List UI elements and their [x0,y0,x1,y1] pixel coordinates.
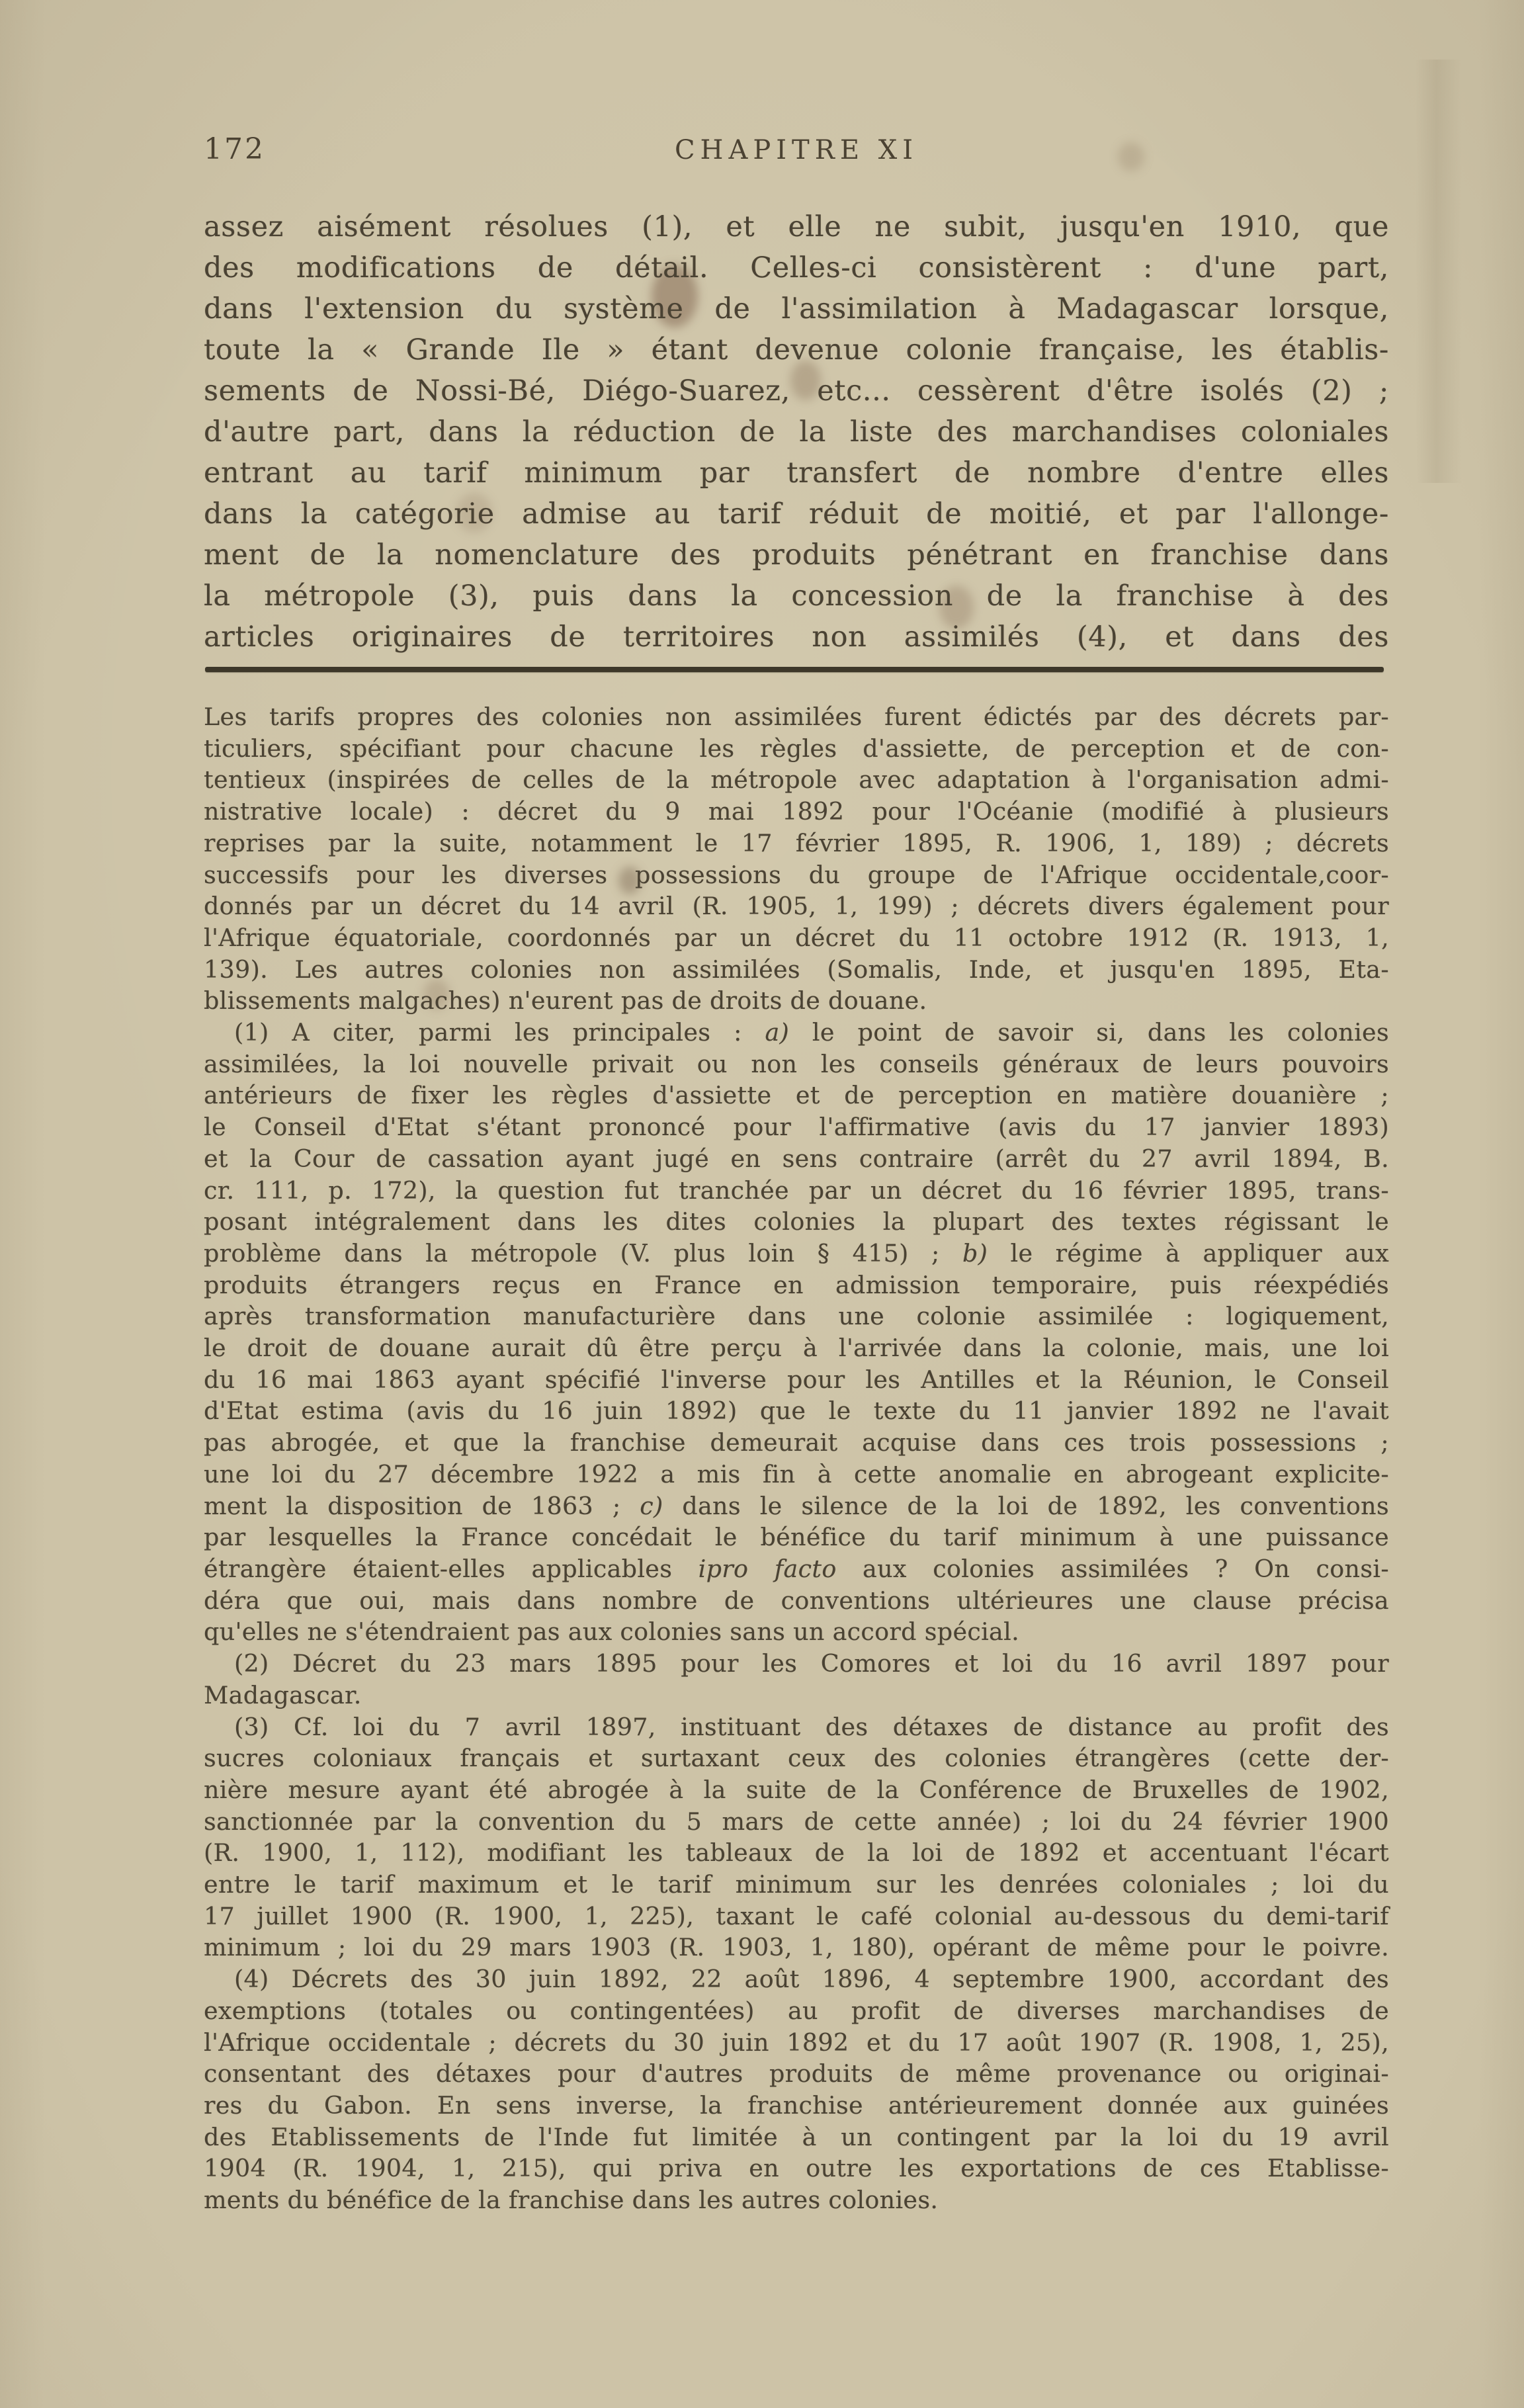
text-line: antérieurs de fixer les règles d'assiett… [204,1080,1389,1111]
text-line: 139). Les autres colonies non assimilées… [204,954,1389,986]
text-line: sucres coloniaux français et surtaxant c… [204,1742,1389,1774]
text-line: l'Afrique occidentale ; décrets du 30 ju… [204,2027,1389,2059]
text-line: res du Gabon. En sens inverse, la franch… [204,2090,1389,2122]
text-line: successifs pour les diverses possessions… [204,859,1389,891]
text-line: ment la disposition de 1863 ; c) dans le… [204,1490,1389,1522]
text-line: posant intégralement dans les dites colo… [204,1206,1389,1238]
text-line: entrant au tarif minimum par transfert d… [204,452,1389,494]
text-line: Madagascar. [204,1680,1389,1711]
text-line: problème dans la métropole (V. plus loin… [204,1238,1389,1269]
text-line: exemptions (totales ou contingentées) au… [204,1995,1389,2027]
text-line: 1904 (R. 1904, 1, 215), qui priva en out… [204,2153,1389,2184]
book-page: 172 CHAPITRE XI assez aisément résolues … [0,0,1524,2408]
text-line: étrangère étaient-elles applicables ipro… [204,1553,1389,1585]
text-line: qu'elles ne s'étendraient pas aux coloni… [204,1616,1389,1648]
text-line: d'Etat estima (avis du 16 juin 1892) que… [204,1395,1389,1427]
text-line: la métropole (3), puis dans la concessio… [204,576,1389,617]
text-line: (3) Cf. loi du 7 avril 1897, instituant … [204,1711,1389,1743]
text-line: cr. 111, p. 172), la question fut tranch… [204,1175,1389,1207]
text-line: dans la catégorie admise au tarif réduit… [204,494,1389,535]
text-line: tentieux (inspirées de celles de la métr… [204,764,1389,796]
text-line: (R. 1900, 1, 112), modifiant les tableau… [204,1837,1389,1869]
text-line: après transformation manufacturière dans… [204,1301,1389,1332]
text-line: du 16 mai 1863 ayant spécifié l'inverse … [204,1364,1389,1396]
text-line: ment de la nomenclature des produits pén… [204,535,1389,576]
text-line: sanctionnée par la convention du 5 mars … [204,1806,1389,1838]
paper-crease [1416,60,1462,483]
text-line: donnés par un décret du 14 avril (R. 190… [204,890,1389,922]
text-line: (2) Décret du 23 mars 1895 pour les Como… [204,1648,1389,1680]
text-line: (4) Décrets des 30 juin 1892, 22 août 18… [204,1963,1389,1995]
text-line: sements de Nossi-Bé, Diégo-Suarez, etc..… [204,370,1389,411]
chapter-title: CHAPITRE XI [204,135,1389,165]
footnotes-text: Les tarifs propres des colonies non assi… [204,701,1389,2216]
text-line: une loi du 27 décembre 1922 a mis fin à … [204,1459,1389,1490]
text-line: consentant des détaxes pour d'autres pro… [204,2058,1389,2090]
text-line: toute la « Grande Ile » étant devenue co… [204,329,1389,370]
text-line: ments du bénéfice de la franchise dans l… [204,2184,1389,2216]
text-line: des Etablissements de l'Inde fut limitée… [204,2122,1389,2153]
text-line: d'autre part, dans la réduction de la li… [204,411,1389,452]
text-line: nistrative locale) : décret du 9 mai 189… [204,796,1389,828]
text-line: l'Afrique équatoriale, coordonnés par un… [204,922,1389,954]
text-line: entre le tarif maximum et le tarif minim… [204,1869,1389,1901]
text-line: le Conseil d'Etat s'étant prononcé pour … [204,1111,1389,1143]
text-line: (1) A citer, parmi les principales : a) … [204,1017,1389,1049]
text-line: déra que oui, mais dans nombre de conven… [204,1585,1389,1617]
text-line: reprises par la suite, notamment le 17 f… [204,828,1389,859]
text-line: ticuliers, spécifiant pour chacune les r… [204,733,1389,765]
body-text: assez aisément résolues (1), et elle ne … [204,206,1389,658]
text-line: produits étrangers reçus en France en ad… [204,1269,1389,1301]
text-line: nière mesure ayant été abrogée à la suit… [204,1774,1389,1806]
text-line: des modifications de détail. Celles-ci c… [204,247,1389,288]
text-line: assimilées, la loi nouvelle privait ou n… [204,1049,1389,1080]
text-line: minimum ; loi du 29 mars 1903 (R. 1903, … [204,1932,1389,1963]
text-line: assez aisément résolues (1), et elle ne … [204,206,1389,247]
text-line: et la Cour de cassation ayant jugé en se… [204,1143,1389,1175]
text-line: pas abrogée, et que la franchise demeura… [204,1427,1389,1459]
text-line: le droit de douane aurait dû être perçu … [204,1332,1389,1364]
text-line: par lesquelles la France concédait le bé… [204,1522,1389,1553]
text-line: 17 juillet 1900 (R. 1900, 1, 225), taxan… [204,1901,1389,1932]
text-line: dans l'extension du système de l'assimil… [204,288,1389,329]
footnote-separator-rule [205,667,1384,672]
text-line: Les tarifs propres des colonies non assi… [204,701,1389,733]
text-line: articles originaires de territoires non … [204,617,1389,658]
page-header: 172 CHAPITRE XI [204,131,1389,173]
text-line: blissements malgaches) n'eurent pas de d… [204,985,1389,1017]
